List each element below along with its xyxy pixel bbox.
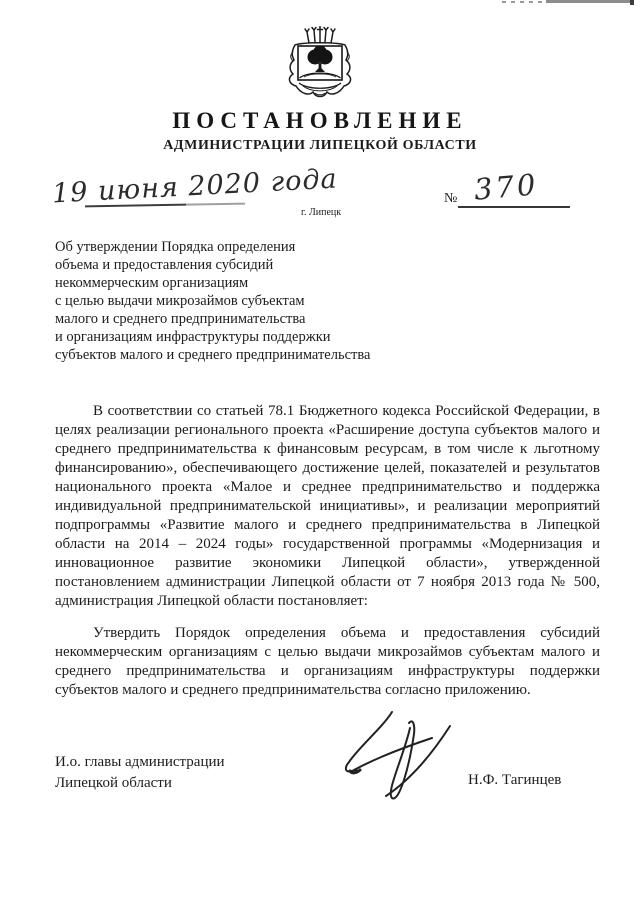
artifact-solid-segment — [546, 0, 632, 3]
handwritten-number: 370 — [473, 167, 540, 206]
subject-line: объема и предоставления субсидий — [55, 256, 475, 274]
artifact-dashed-segment — [502, 1, 546, 3]
number-underline — [458, 206, 570, 208]
signatory-position-line: И.о. главы администрации — [55, 752, 225, 773]
document-page: ПОСТАНОВЛЕНИЕ АДМИНИСТРАЦИИ ЛИПЕЦКОЙ ОБЛ… — [0, 0, 640, 905]
signatory-position: И.о. главы администрации Липецкой област… — [55, 752, 225, 794]
body-paragraph-2: Утвердить Порядок определения объема и п… — [55, 624, 600, 700]
place-label: г. Липецк — [301, 207, 341, 218]
subject-line: малого и среднего предпринимательства — [55, 310, 475, 328]
signatory-name: Н.Ф. Тагинцев — [468, 772, 561, 789]
page-title: ПОСТАНОВЛЕНИЕ — [0, 108, 640, 134]
coat-of-arms-icon — [0, 26, 640, 108]
subject-line: субъектов малого и среднего предпринимат… — [55, 346, 475, 364]
number-sign: № — [444, 191, 457, 207]
subject-line: и организациям инфраструктуры поддержки — [55, 328, 475, 346]
signatory-position-line: Липецкой области — [55, 773, 225, 794]
signature-autograph-icon — [330, 710, 458, 820]
subject-line: Об утверждении Порядка определения — [55, 238, 475, 256]
page-subtitle: АДМИНИСТРАЦИИ ЛИПЕЦКОЙ ОБЛАСТИ — [0, 138, 640, 154]
subject-line: с целью выдачи микрозаймов субъектам — [55, 292, 475, 310]
subject-block: Об утверждении Порядка определения объем… — [55, 238, 475, 364]
subject-line: некоммерческим организациям — [55, 274, 475, 292]
artifact-tick-mark — [630, 0, 634, 5]
body-paragraph-1: В соответствии со статьей 78.1 Бюджетног… — [55, 402, 600, 611]
